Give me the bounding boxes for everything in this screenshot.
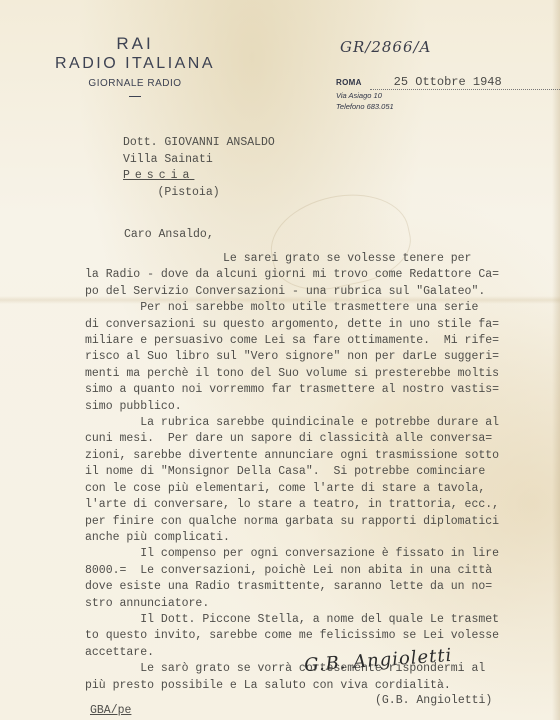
letterhead-rule xyxy=(129,96,141,97)
letter-date: 25 Ottobre 1948 xyxy=(370,76,560,90)
body-line: zioni, sarebbe divertente annunciare ogn… xyxy=(85,448,499,464)
body-line: Il Dott. Piccone Stella, a nome del qual… xyxy=(85,612,499,628)
body-line: miliare e persuasivo come Lei sa fare ot… xyxy=(85,333,499,349)
recipient-province: (Pistoia) xyxy=(158,186,220,199)
body-line: di conversazioni su questo argomento, de… xyxy=(85,317,499,333)
salutation: Caro Ansaldo, xyxy=(124,227,214,243)
letter-body: Le sarei grato se volesse tenere perla R… xyxy=(85,251,499,694)
recipient-name: Dott. GIOVANNI ANSALDO xyxy=(123,135,275,152)
reference-initials: GBA/pe xyxy=(90,703,131,719)
body-line: dove esiste una Radio trasmittente, sara… xyxy=(85,579,499,595)
recipient-block: Dott. GIOVANNI ANSALDOVilla SainatiPesci… xyxy=(123,135,275,201)
sender-phone: Telefono 683.051 xyxy=(336,101,560,112)
letterhead-rai: RAI xyxy=(40,34,230,54)
letterhead-radio-italiana: RADIO ITALIANA xyxy=(40,54,230,74)
body-line: con le cose più elementari, come l'arte … xyxy=(85,481,499,497)
body-line: per finire con qualche norma garbata su … xyxy=(85,514,499,530)
body-line: anche più complicati. xyxy=(85,530,499,546)
typed-signer-name: (G.B. Angioletti) xyxy=(375,693,492,709)
body-line: Per noi sarebbe molto utile trasmettere … xyxy=(85,300,499,316)
recipient-villa: Villa Sainati xyxy=(123,152,275,169)
sender-city: ROMA xyxy=(336,78,362,87)
body-line: to questo invito, sarebbe come me felici… xyxy=(85,628,499,644)
body-line: cuni mesi. Per dare un sapore di classic… xyxy=(85,431,499,447)
body-line: l'arte di conversare, lo stare a teatro,… xyxy=(85,497,499,513)
body-line: Il compenso per ogni conversazione è fis… xyxy=(85,546,499,562)
body-line: Le sarei grato se volesse tenere per xyxy=(85,251,499,267)
body-line: il nome di "Monsignor Della Casa". Si po… xyxy=(85,464,499,480)
letterhead-giornale-radio: GIORNALE RADIO xyxy=(40,76,230,92)
body-line: più presto possibile e La saluto con viv… xyxy=(85,678,499,694)
body-line: po del Servizio Conversazioni - una rubr… xyxy=(85,284,499,300)
body-line: simo pubblico. xyxy=(85,399,499,415)
body-line: risco al Suo libro sul "Vero signore" no… xyxy=(85,349,499,365)
sender-street: Via Asiago 10 xyxy=(336,90,560,101)
place-date-row: ROMA 25 Ottobre 1948 xyxy=(336,76,560,90)
body-line: La rubrica sarebbe quindicinale e potreb… xyxy=(85,415,499,431)
letterhead: RAI RADIO ITALIANA GIORNALE RADIO xyxy=(40,34,230,97)
sender-address: ROMA 25 Ottobre 1948 Via Asiago 10 Telef… xyxy=(336,76,560,112)
body-line: stro annunciatore. xyxy=(85,596,499,612)
body-line: la Radio - dove da alcuni giorni mi trov… xyxy=(85,267,499,283)
body-line: simo a quanto noi vorremmo far trasmette… xyxy=(85,382,499,398)
recipient-city: Pescia xyxy=(123,169,194,182)
body-line: 8000.= Le conversazioni, poichè Lei non … xyxy=(85,563,499,579)
protocol-number: GR/2866/A xyxy=(340,38,431,56)
body-line: menti ma perchè il tono del Suo volume s… xyxy=(85,366,499,382)
